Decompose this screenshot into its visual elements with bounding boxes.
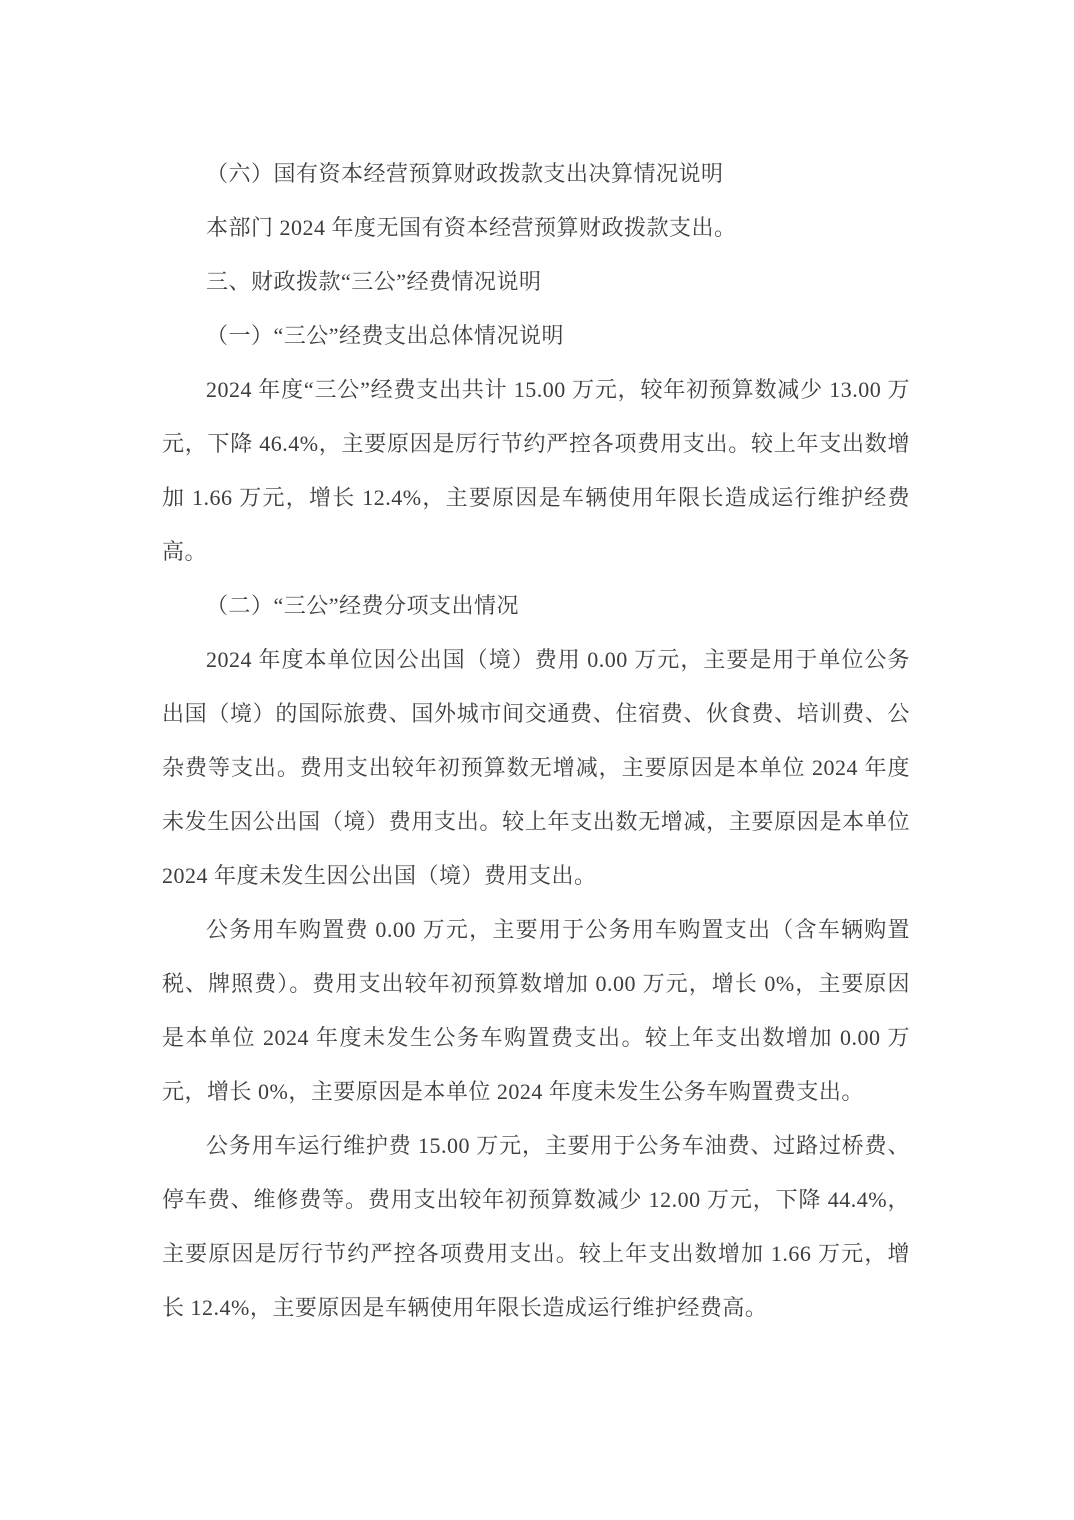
para-three-public-overall: 2024 年度“三公”经费支出共计 15.00 万元，较年初预算数减少 13.0… <box>162 363 910 579</box>
document-body: （六）国有资本经营预算财政拨款支出决算情况说明 本部门 2024 年度无国有资本… <box>162 147 910 1335</box>
heading-section-six: （六）国有资本经营预算财政拨款支出决算情况说明 <box>162 147 910 201</box>
heading-subsection-one: （一）“三公”经费支出总体情况说明 <box>162 309 910 363</box>
para-vehicle-purchase-expense: 公务用车购置费 0.00 万元，主要用于公务用车购置支出（含车辆购置税、牌照费）… <box>162 903 910 1119</box>
para-abroad-expense: 2024 年度本单位因公出国（境）费用 0.00 万元，主要是用于单位公务出国（… <box>162 633 910 903</box>
document-page: （六）国有资本经营预算财政拨款支出决算情况说明 本部门 2024 年度无国有资本… <box>0 0 1074 1520</box>
para-vehicle-maintenance-expense: 公务用车运行维护费 15.00 万元，主要用于公务车油费、过路过桥费、停车费、维… <box>162 1119 910 1335</box>
heading-chapter-three: 三、财政拨款“三公”经费情况说明 <box>162 255 910 309</box>
para-section-six-body: 本部门 2024 年度无国有资本经营预算财政拨款支出。 <box>162 201 910 255</box>
heading-subsection-two: （二）“三公”经费分项支出情况 <box>162 579 910 633</box>
